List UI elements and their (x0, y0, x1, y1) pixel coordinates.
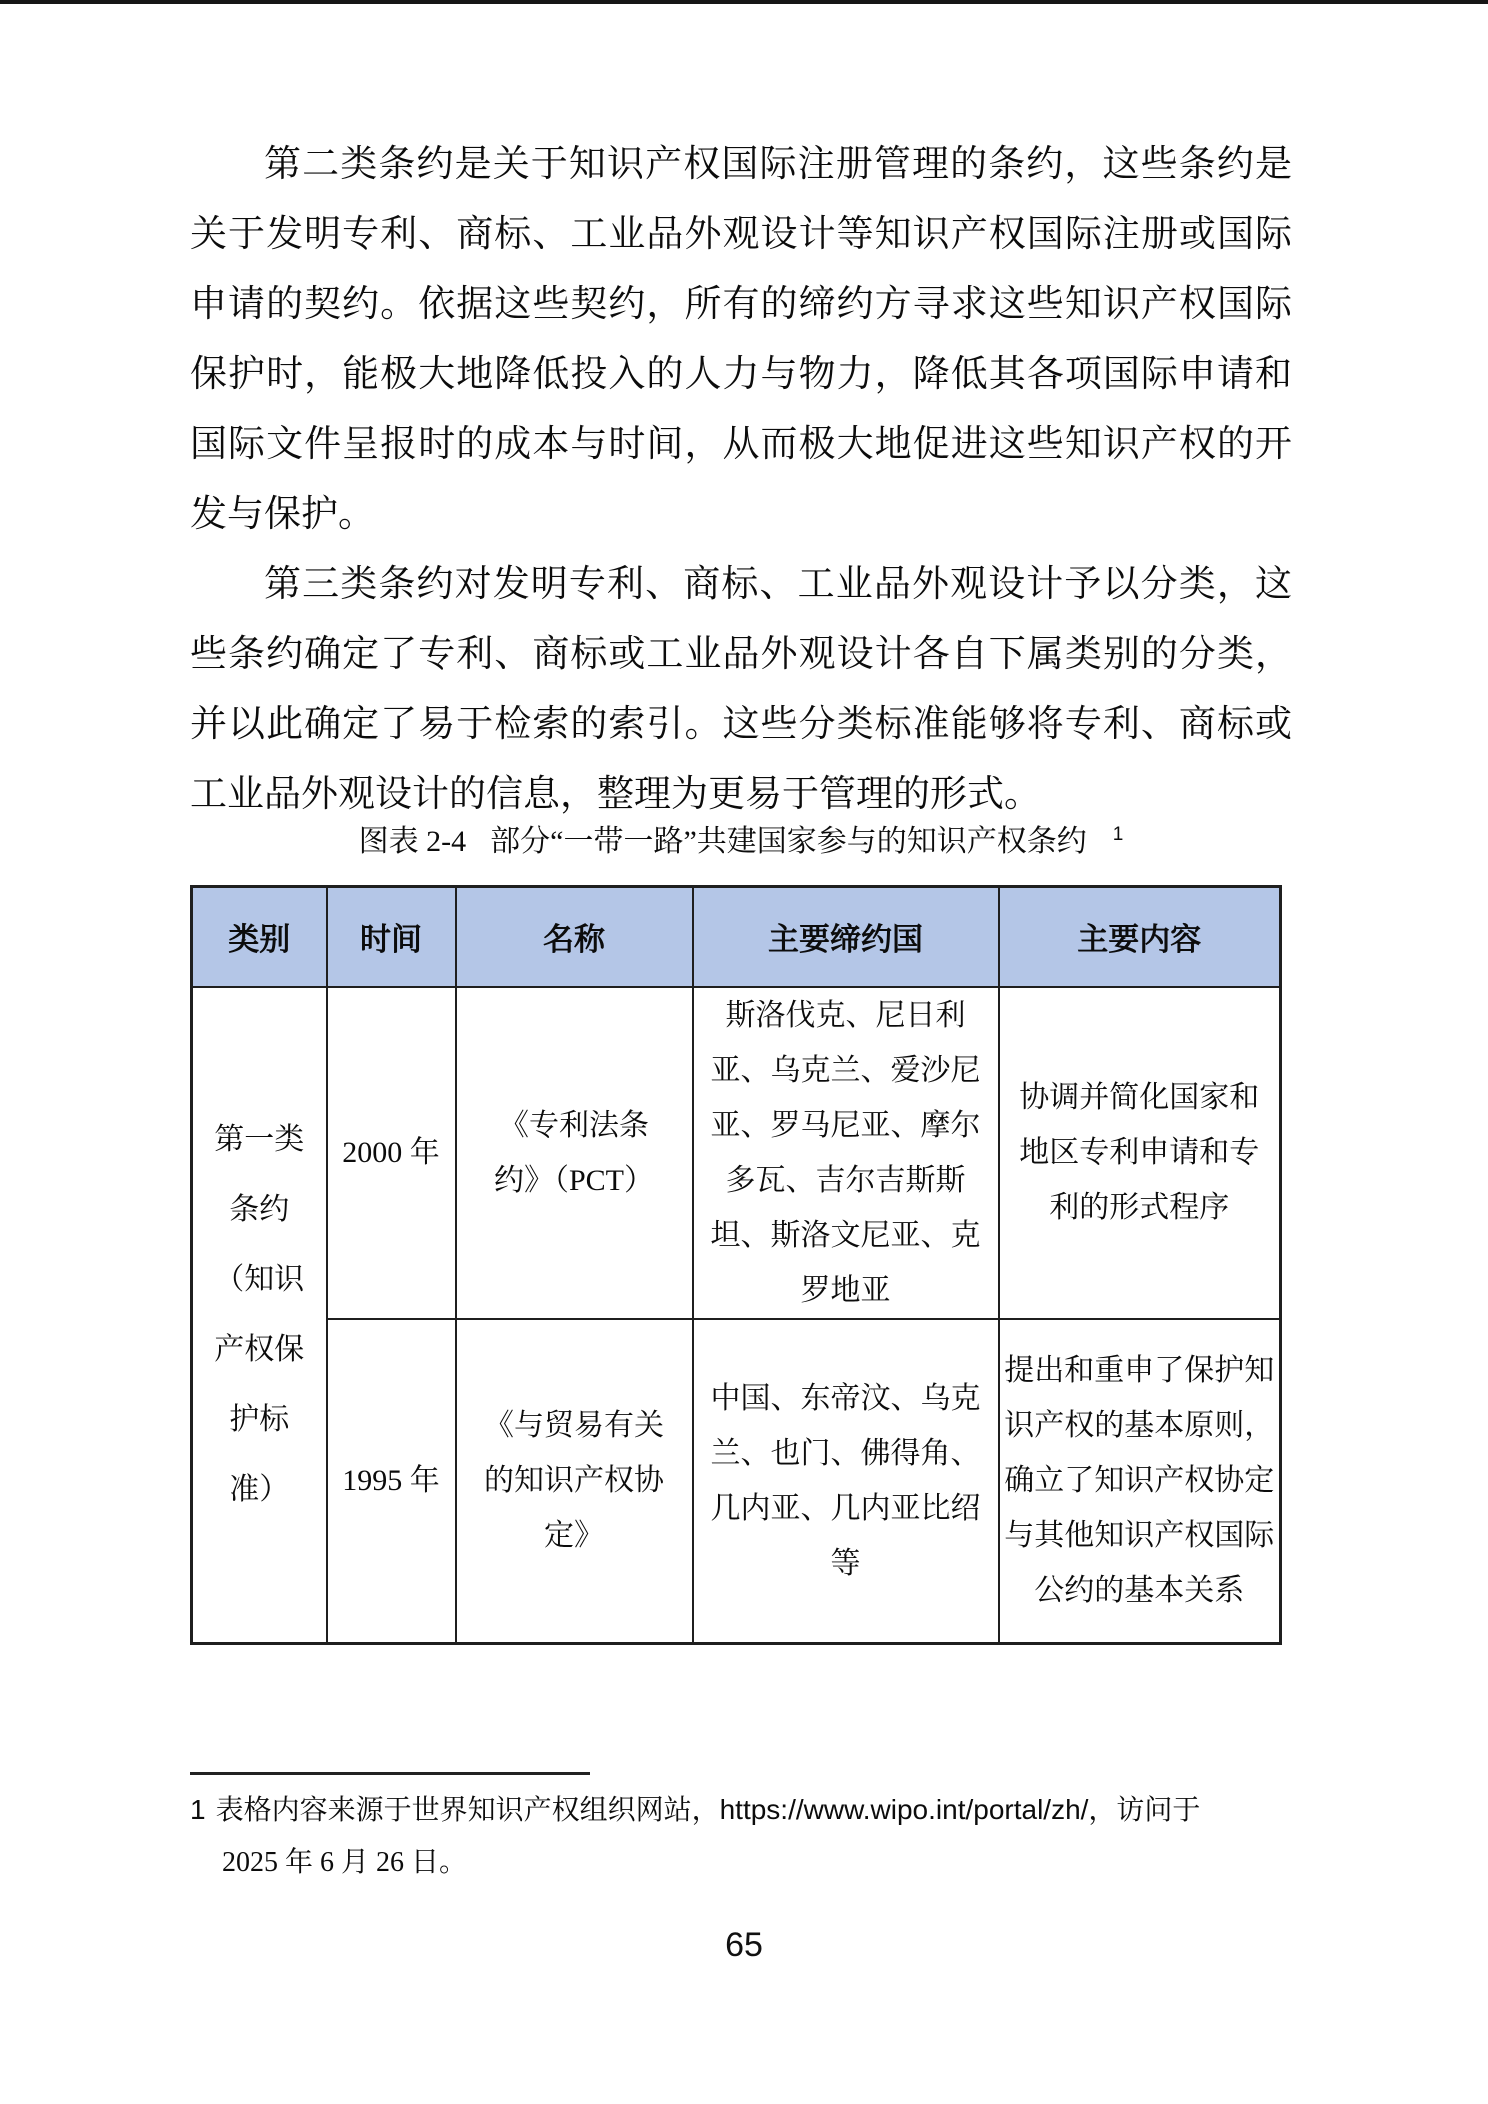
caption-footnote-ref: 1 (1113, 824, 1124, 845)
header-name: 名称 (456, 887, 693, 987)
content-cell: 提出和重申了保护知 识产权的基本原则， 确立了知识产权协定 与其他知识产权国际 … (999, 1319, 1281, 1644)
body-text: 第二类条约是关于知识产权国际注册管理的条约，这些条约是关于发明专利、商标、工业品… (190, 130, 1292, 830)
content-cell: 协调并简化国家和 地区专利申请和专 利的形式程序 (999, 987, 1281, 1319)
footnote: 1表格内容来源于世界知识产权组织网站，https://www.wipo.int/… (190, 1784, 1334, 1889)
paragraph-treaty-type-3: 第三类条约对发明专利、商标、工业品外观设计予以分类，这些条约确定了专利、商标或工… (190, 550, 1292, 830)
table-caption: 图表 2-4部分“一带一路”共建国家参与的知识产权条约1 (190, 814, 1292, 863)
name-cell: 《与贸易有关 的知识产权协 定》 (456, 1319, 693, 1644)
header-category: 类别 (192, 887, 327, 987)
table-row: 1995 年 《与贸易有关 的知识产权协 定》 中国、东帝汶、乌克 兰、也门、佛… (192, 1319, 1281, 1644)
category-cell: 第一类 条约 （知识 产权保 护标 准） (192, 987, 327, 1644)
footnote-text-after-url: ，访问于 (1088, 1795, 1200, 1826)
time-cell: 1995 年 (327, 1319, 456, 1644)
footnote-url: https://www.wipo.int/portal/zh/ (720, 1794, 1089, 1825)
time-cell: 2000 年 (327, 987, 456, 1319)
table-header-row: 类别 时间 名称 主要缔约国 主要内容 (192, 887, 1281, 987)
page-top-edge (0, 0, 1488, 4)
footnote-text-before-url: 表格内容来源于世界知识产权组织网站， (216, 1795, 720, 1826)
header-parties: 主要缔约国 (693, 887, 999, 987)
treaty-table: 类别 时间 名称 主要缔约国 主要内容 第一类 条约 （知识 产权保 护标 准）… (190, 885, 1282, 1645)
footnote-divider (190, 1772, 590, 1775)
caption-label: 图表 2-4 (359, 825, 467, 858)
parties-cell: 斯洛伐克、尼日利 亚、乌克兰、爱沙尼 亚、罗马尼亚、摩尔 多瓦、吉尔吉斯斯 坦、… (693, 987, 999, 1319)
header-time: 时间 (327, 887, 456, 987)
name-cell: 《专利法条 约》（PCT） (456, 987, 693, 1319)
page-number: 65 (0, 1926, 1488, 1965)
table-row: 第一类 条约 （知识 产权保 护标 准） 2000 年 《专利法条 约》（PCT… (192, 987, 1281, 1319)
header-content: 主要内容 (999, 887, 1281, 987)
parties-cell: 中国、东帝汶、乌克 兰、也门、佛得角、 几内亚、几内亚比绍 等 (693, 1319, 999, 1644)
footnote-access-date: 2025 年 6 月 26 日。 (222, 1847, 467, 1878)
paragraph-treaty-type-2: 第二类条约是关于知识产权国际注册管理的条约，这些条约是关于发明专利、商标、工业品… (190, 130, 1292, 550)
caption-title: 部分“一带一路”共建国家参与的知识产权条约 (490, 825, 1087, 858)
footnote-marker: 1 (190, 1794, 206, 1825)
document-page: { "page": { "paragraphs": [ "第二类条约是关于知识产… (0, 0, 1488, 2104)
